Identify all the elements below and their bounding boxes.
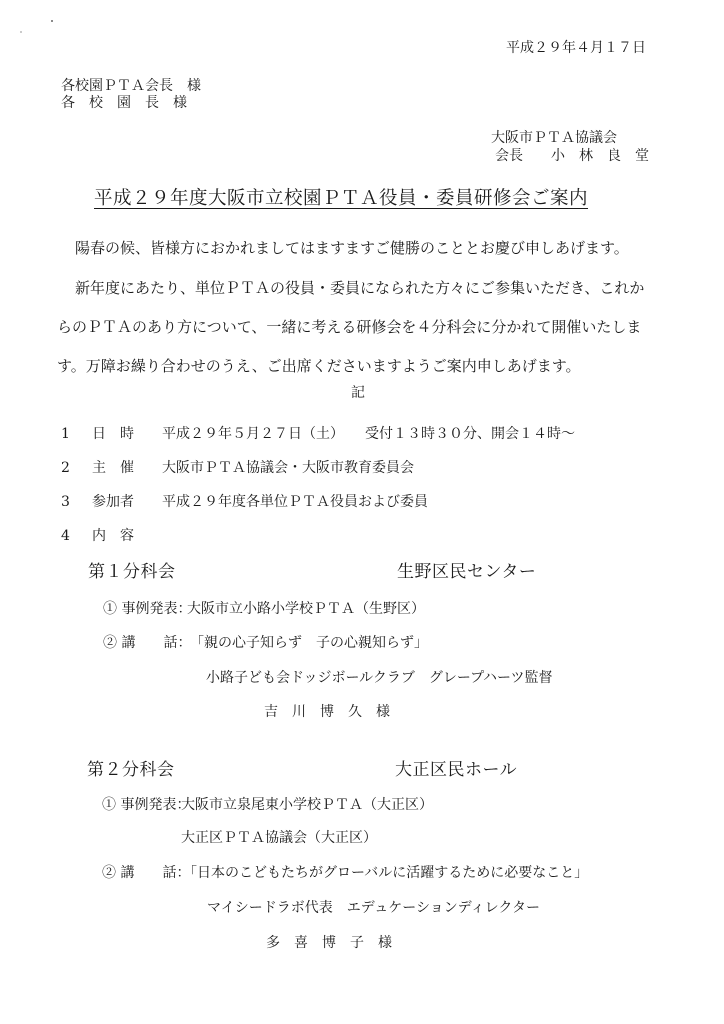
body-paragraph-line-2: 新年度にあたり、単位ＰＴＡの役員・委員になられた方々にご参集いただき、これか — [75, 278, 644, 298]
session-1-talk-title: 「親の心子知らず 子の心親知らず」 — [190, 634, 428, 652]
document-title: 平成２９年度大阪市立校園ＰＴＡ役員・委員研修会ご案内 — [94, 186, 588, 212]
scan-speck — [20, 31, 22, 33]
item-1-label: 日 時 — [92, 425, 134, 443]
sender-name: 会長 小 林 良 堂 — [495, 147, 649, 165]
body-paragraph-line-1: 陽春の候、皆様方におかれましてはますますご健勝のこととお慶び申しあげます。 — [75, 238, 629, 258]
body-paragraph-line-4: す。万障お繰り合わせのうえ、ご出席くださいますようご案内申しあげます。 — [57, 356, 581, 376]
session-1-case-label: ① 事例発表： — [103, 600, 191, 618]
session-2-name: 第２分科会 — [87, 759, 175, 781]
session-2-speaker-name: 多 喜 博 子 様 — [266, 934, 392, 952]
session-2-talk-title: 「日本のこどもたちがグローバルに活躍するために必要なこと」 — [183, 864, 588, 882]
session-2-talk-label: ② 講 話： — [102, 864, 190, 882]
session-2-case-line-1: 大阪市立泉尾東小学校ＰＴＡ（大正区） — [181, 796, 433, 814]
recipient-line-1: 各校園ＰＴＡ会長 様 — [61, 77, 201, 95]
document-date: 平成２９年４月１７日 — [506, 39, 646, 57]
scan-speck — [51, 20, 53, 22]
item-2-number: 2 — [61, 459, 70, 477]
recipient-line-2: 各 校 園 長 様 — [61, 94, 187, 112]
session-2-speaker-role: マイシードラボ代表 エデュケーションディレクター — [207, 899, 540, 917]
item-3-value: 平成２９年度各単位ＰＴＡ役員および委員 — [162, 493, 428, 511]
item-3-number: 3 — [61, 493, 70, 511]
ki-heading: 記 — [351, 384, 365, 402]
item-3-label: 参加者 — [92, 493, 134, 511]
session-1-venue: 生野区民センター — [397, 561, 536, 583]
session-2-case-label: ① 事例発表： — [102, 796, 190, 814]
item-4-number: 4 — [61, 527, 70, 545]
body-paragraph-line-3: らのＰＴＡのあり方について、一緒に考える研修会を４分科会に分かれて開催いたしま — [57, 317, 641, 337]
item-4-label: 内 容 — [92, 527, 134, 545]
session-1-talk-label: ② 講 話： — [103, 634, 191, 652]
session-1-speaker-name: 吉 川 博 久 様 — [264, 703, 390, 721]
session-2-venue: 大正区民ホール — [395, 759, 517, 781]
item-2-label: 主 催 — [92, 459, 134, 477]
item-1-number: 1 — [61, 425, 70, 443]
session-1-speaker-role: 小路子ども会ドッジボールクラブ グレープハーツ監督 — [206, 669, 553, 687]
session-2-case-line-2: 大正区ＰＴＡ協議会（大正区） — [181, 829, 377, 847]
item-2-value: 大阪市ＰＴＡ協議会・大阪市教育委員会 — [162, 459, 414, 477]
session-1-name: 第１分科会 — [88, 561, 176, 583]
item-1-value: 平成２９年５月２７日（土） 受付１３時３０分、開会１４時～ — [162, 425, 575, 443]
sender-organization: 大阪市ＰＴＡ協議会 — [491, 129, 617, 147]
session-1-case-line-1: 大阪市立小路小学校ＰＴＡ（生野区） — [187, 600, 425, 618]
